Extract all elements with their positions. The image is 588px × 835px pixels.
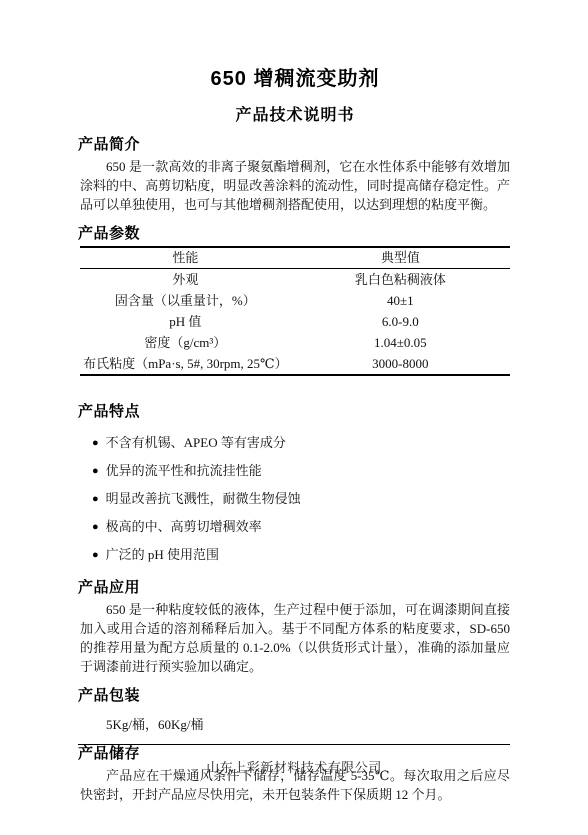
- feature-item-label: 广泛的 pH 使用范围: [106, 545, 219, 564]
- footer-company-name: 山东上彩新材料技术有限公司: [206, 757, 382, 776]
- table-row: 外观 乳白色粘稠液体: [80, 269, 510, 291]
- section-heading-application: 产品应用: [78, 576, 510, 597]
- table-cell-property: 外观: [80, 269, 291, 291]
- table-cell-value: 40±1: [291, 290, 510, 311]
- table-row: pH 值 6.0-9.0: [80, 311, 510, 332]
- table-cell-value: 3000-8000: [291, 353, 510, 375]
- feature-item-label: 极高的中、高剪切增稠效率: [106, 517, 262, 536]
- feature-item-label: 明显改善抗飞溅性，耐微生物侵蚀: [106, 489, 301, 508]
- table-header-row: 性能 典型值: [80, 247, 510, 269]
- feature-item: ● 不含有机锡、APEO 等有害成分: [92, 433, 510, 454]
- section-spacer: [80, 376, 510, 390]
- table-cell-property: 布氏粘度（mPa·s, 5#, 30rpm, 25℃）: [80, 353, 291, 375]
- section-heading-parameters: 产品参数: [78, 222, 510, 243]
- table-header-property: 性能: [80, 247, 291, 269]
- table-cell-property: 固含量（以重量计，%）: [80, 290, 291, 311]
- document-page: 650 增稠流变助剂 产品技术说明书 产品简介 650 是一款高效的非离子聚氨酯…: [0, 0, 588, 835]
- feature-item-label: 优异的流平性和抗流挂性能: [106, 461, 262, 480]
- feature-list: ● 不含有机锡、APEO 等有害成分 ● 优异的流平性和抗流挂性能 ● 明显改善…: [92, 433, 510, 566]
- page-title: 650 增稠流变助剂: [80, 62, 510, 91]
- bullet-icon: ●: [92, 434, 99, 453]
- bullet-icon: ●: [92, 546, 99, 565]
- section-heading-packaging: 产品包装: [78, 684, 510, 705]
- section-heading-features: 产品特点: [78, 400, 510, 421]
- section-heading-intro: 产品简介: [78, 133, 510, 154]
- table-header-value: 典型值: [291, 247, 510, 269]
- feature-item-label: 不含有机锡、APEO 等有害成分: [106, 433, 286, 452]
- feature-item: ● 广泛的 pH 使用范围: [92, 545, 510, 566]
- table-cell-property: pH 值: [80, 311, 291, 332]
- table-row: 密度（g/cm³） 1.04±0.05: [80, 332, 510, 353]
- table-cell-value: 1.04±0.05: [291, 332, 510, 353]
- feature-item: ● 优异的流平性和抗流挂性能: [92, 461, 510, 482]
- intro-paragraph: 650 是一款高效的非离子聚氨酯增稠剂，它在水性体系中能够有效增加涂料的中、高剪…: [80, 157, 510, 214]
- table-cell-property: 密度（g/cm³）: [80, 332, 291, 353]
- feature-item: ● 极高的中、高剪切增稠效率: [92, 517, 510, 538]
- feature-item: ● 明显改善抗飞溅性，耐微生物侵蚀: [92, 489, 510, 510]
- bullet-icon: ●: [92, 462, 99, 481]
- table-row: 布氏粘度（mPa·s, 5#, 30rpm, 25℃） 3000-8000: [80, 353, 510, 375]
- table-row: 固含量（以重量计，%） 40±1: [80, 290, 510, 311]
- footer: 山东上彩新材料技术有限公司: [78, 744, 510, 777]
- application-paragraph: 650 是一种粘度较低的液体，生产过程中便于添加，可在调漆期间直接加入或用合适的…: [80, 600, 510, 676]
- table-cell-value: 乳白色粘稠液体: [291, 269, 510, 291]
- table-cell-value: 6.0-9.0: [291, 311, 510, 332]
- packaging-text: 5Kg/桶，60Kg/桶: [80, 715, 510, 734]
- bullet-icon: ●: [92, 490, 99, 509]
- page-subtitle: 产品技术说明书: [80, 102, 510, 125]
- bullet-icon: ●: [92, 518, 99, 537]
- parameters-table: 性能 典型值 外观 乳白色粘稠液体 固含量（以重量计，%） 40±1 pH 值 …: [80, 246, 510, 376]
